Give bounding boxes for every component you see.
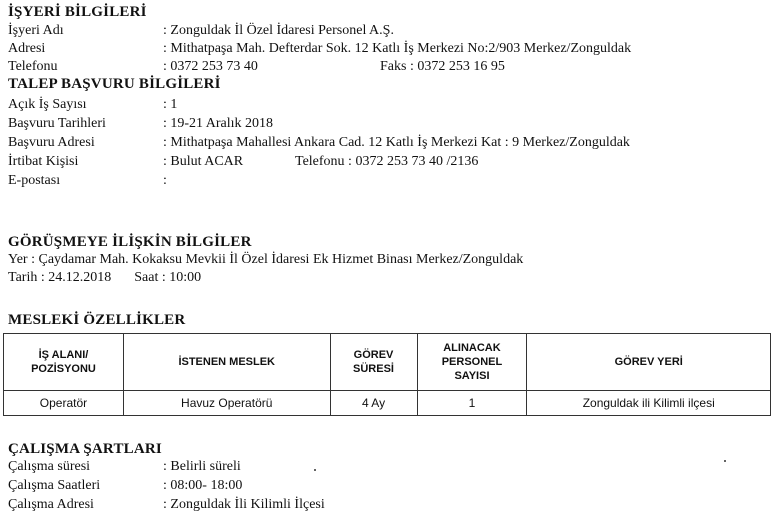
section-title-isyeri: İŞYERİ BİLGİLERİ [8,4,147,21]
header-istenen-meslek: İSTENEN MESLEK [123,334,330,391]
section-title-mesleki: MESLEKİ ÖZELLİKLER [8,312,185,329]
field-value: : [163,172,167,190]
field-label: E-postası [8,172,60,190]
table-row: Operatör Havuz Operatörü 4 Ay 1 Zongulda… [4,391,771,416]
field-value: : 1 [163,96,177,114]
cell-gorev-suresi: 4 Ay [330,391,417,416]
interview-date: Tarih : 24.12.2018 [8,270,111,285]
section-title-talep: TALEP BAŞVURU BİLGİLERİ [8,76,221,93]
field-value: : Zonguldak İli Kilimli İlçesi [163,496,325,514]
field-value: : 0372 253 73 40 [163,58,258,76]
field-label: Adresi [8,40,45,58]
field-label: Başvuru Tarihleri [8,115,106,133]
scan-artifact-dot [724,460,726,462]
job-specs-table: İŞ ALANI/ POZİSYONU İSTENEN MESLEK GÖREV… [3,333,771,416]
field-label: Çalışma Saatleri [8,477,100,495]
cell-is-alani: Operatör [4,391,124,416]
cell-istenen-meslek: Havuz Operatörü [123,391,330,416]
field-label: İrtibat Kişisi [8,153,78,171]
field-value: : Mithatpaşa Mah. Defterdar Sok. 12 Katl… [163,40,631,58]
field-value: : Belirli süreli [163,458,241,476]
contact-phone: Telefonu : 0372 253 73 40 /2136 [295,153,478,171]
field-value: : Bulut ACAR [163,153,243,171]
header-gorev-yeri: GÖREV YERİ [527,334,771,391]
header-alinacak-personel: ALINACAK PERSONEL SAYISI [417,334,527,391]
cell-gorev-yeri: Zonguldak ili Kilimli ilçesi [527,391,771,416]
interview-place: Yer : Çaydamar Mah. Kokaksu Mevkii İl Öz… [8,251,523,269]
field-value: : 19-21 Aralık 2018 [163,115,273,133]
cell-alinacak-personel: 1 [417,391,527,416]
field-label: Telefonu [8,58,58,76]
scan-artifact-dot [314,469,316,471]
field-value: : Zonguldak İl Özel İdaresi Personel A.Ş… [163,22,394,40]
section-title-calisma: ÇALIŞMA ŞARTLARI [8,441,162,458]
interview-time: Saat : 10:00 [134,270,201,285]
field-label: Çalışma Adresi [8,496,94,514]
table-header-row: İŞ ALANI/ POZİSYONU İSTENEN MESLEK GÖREV… [4,334,771,391]
header-is-alani: İŞ ALANI/ POZİSYONU [4,334,124,391]
interview-datetime: Tarih : 24.12.2018 Saat : 10:00 [8,269,201,287]
fax-value: Faks : 0372 253 16 95 [380,58,505,76]
field-label: Çalışma süresi [8,458,90,476]
field-value: : 08:00- 18:00 [163,477,242,495]
section-title-gorusme: GÖRÜŞMEYE İLİŞKİN BİLGİLER [8,234,252,251]
field-label: Başvuru Adresi [8,134,95,152]
header-gorev-suresi: GÖREV SÜRESİ [330,334,417,391]
field-label: Açık İş Sayısı [8,96,87,114]
field-value: : Mithatpaşa Mahallesi Ankara Cad. 12 Ka… [163,134,630,152]
field-label: İşyeri Adı [8,22,64,40]
